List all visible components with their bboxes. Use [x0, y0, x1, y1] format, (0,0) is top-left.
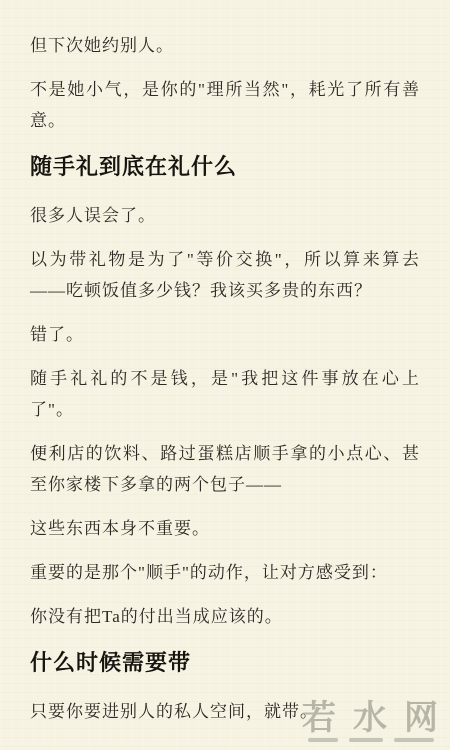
paragraph: 你没有把Ta的付出当成应该的。 — [30, 601, 420, 632]
section-heading: 什么时候需要带 — [30, 648, 420, 678]
watermark-subtext-blur — [302, 738, 438, 742]
paragraph: 以为带礼物是为了"等价交换"，所以算来算去——吃顿饭值多少钱？我该买多贵的东西？ — [30, 244, 420, 306]
paragraph: 不是她小气，是你的"理所当然"，耗光了所有善意。 — [30, 74, 420, 136]
paragraph: 这些东西本身不重要。 — [30, 513, 420, 544]
paragraph: 重要的是那个"顺手"的动作，让对方感受到： — [30, 557, 420, 588]
paragraph: 便利店的饮料、路过蛋糕店顺手拿的小点心、甚至你家楼下多拿的两个包子—— — [30, 438, 420, 500]
paragraph: 随手礼礼的不是钱，是"我把这件事放在心上了"。 — [30, 363, 420, 425]
watermark-subtext-blob — [394, 738, 434, 742]
watermark-text: 若水网 — [302, 701, 450, 735]
watermark: 若水网 — [302, 701, 438, 742]
watermark-subtext-blob — [349, 738, 383, 742]
section-heading: 随手礼到底在礼什么 — [30, 152, 420, 182]
paragraph: 错了。 — [30, 319, 420, 350]
paragraph: 很多人误会了。 — [30, 200, 420, 231]
watermark-subtext-blob — [308, 738, 338, 742]
article-body: 但下次她约别人。 不是她小气，是你的"理所当然"，耗光了所有善意。 随手礼到底在… — [0, 0, 450, 727]
paragraph: 但下次她约别人。 — [30, 30, 420, 61]
